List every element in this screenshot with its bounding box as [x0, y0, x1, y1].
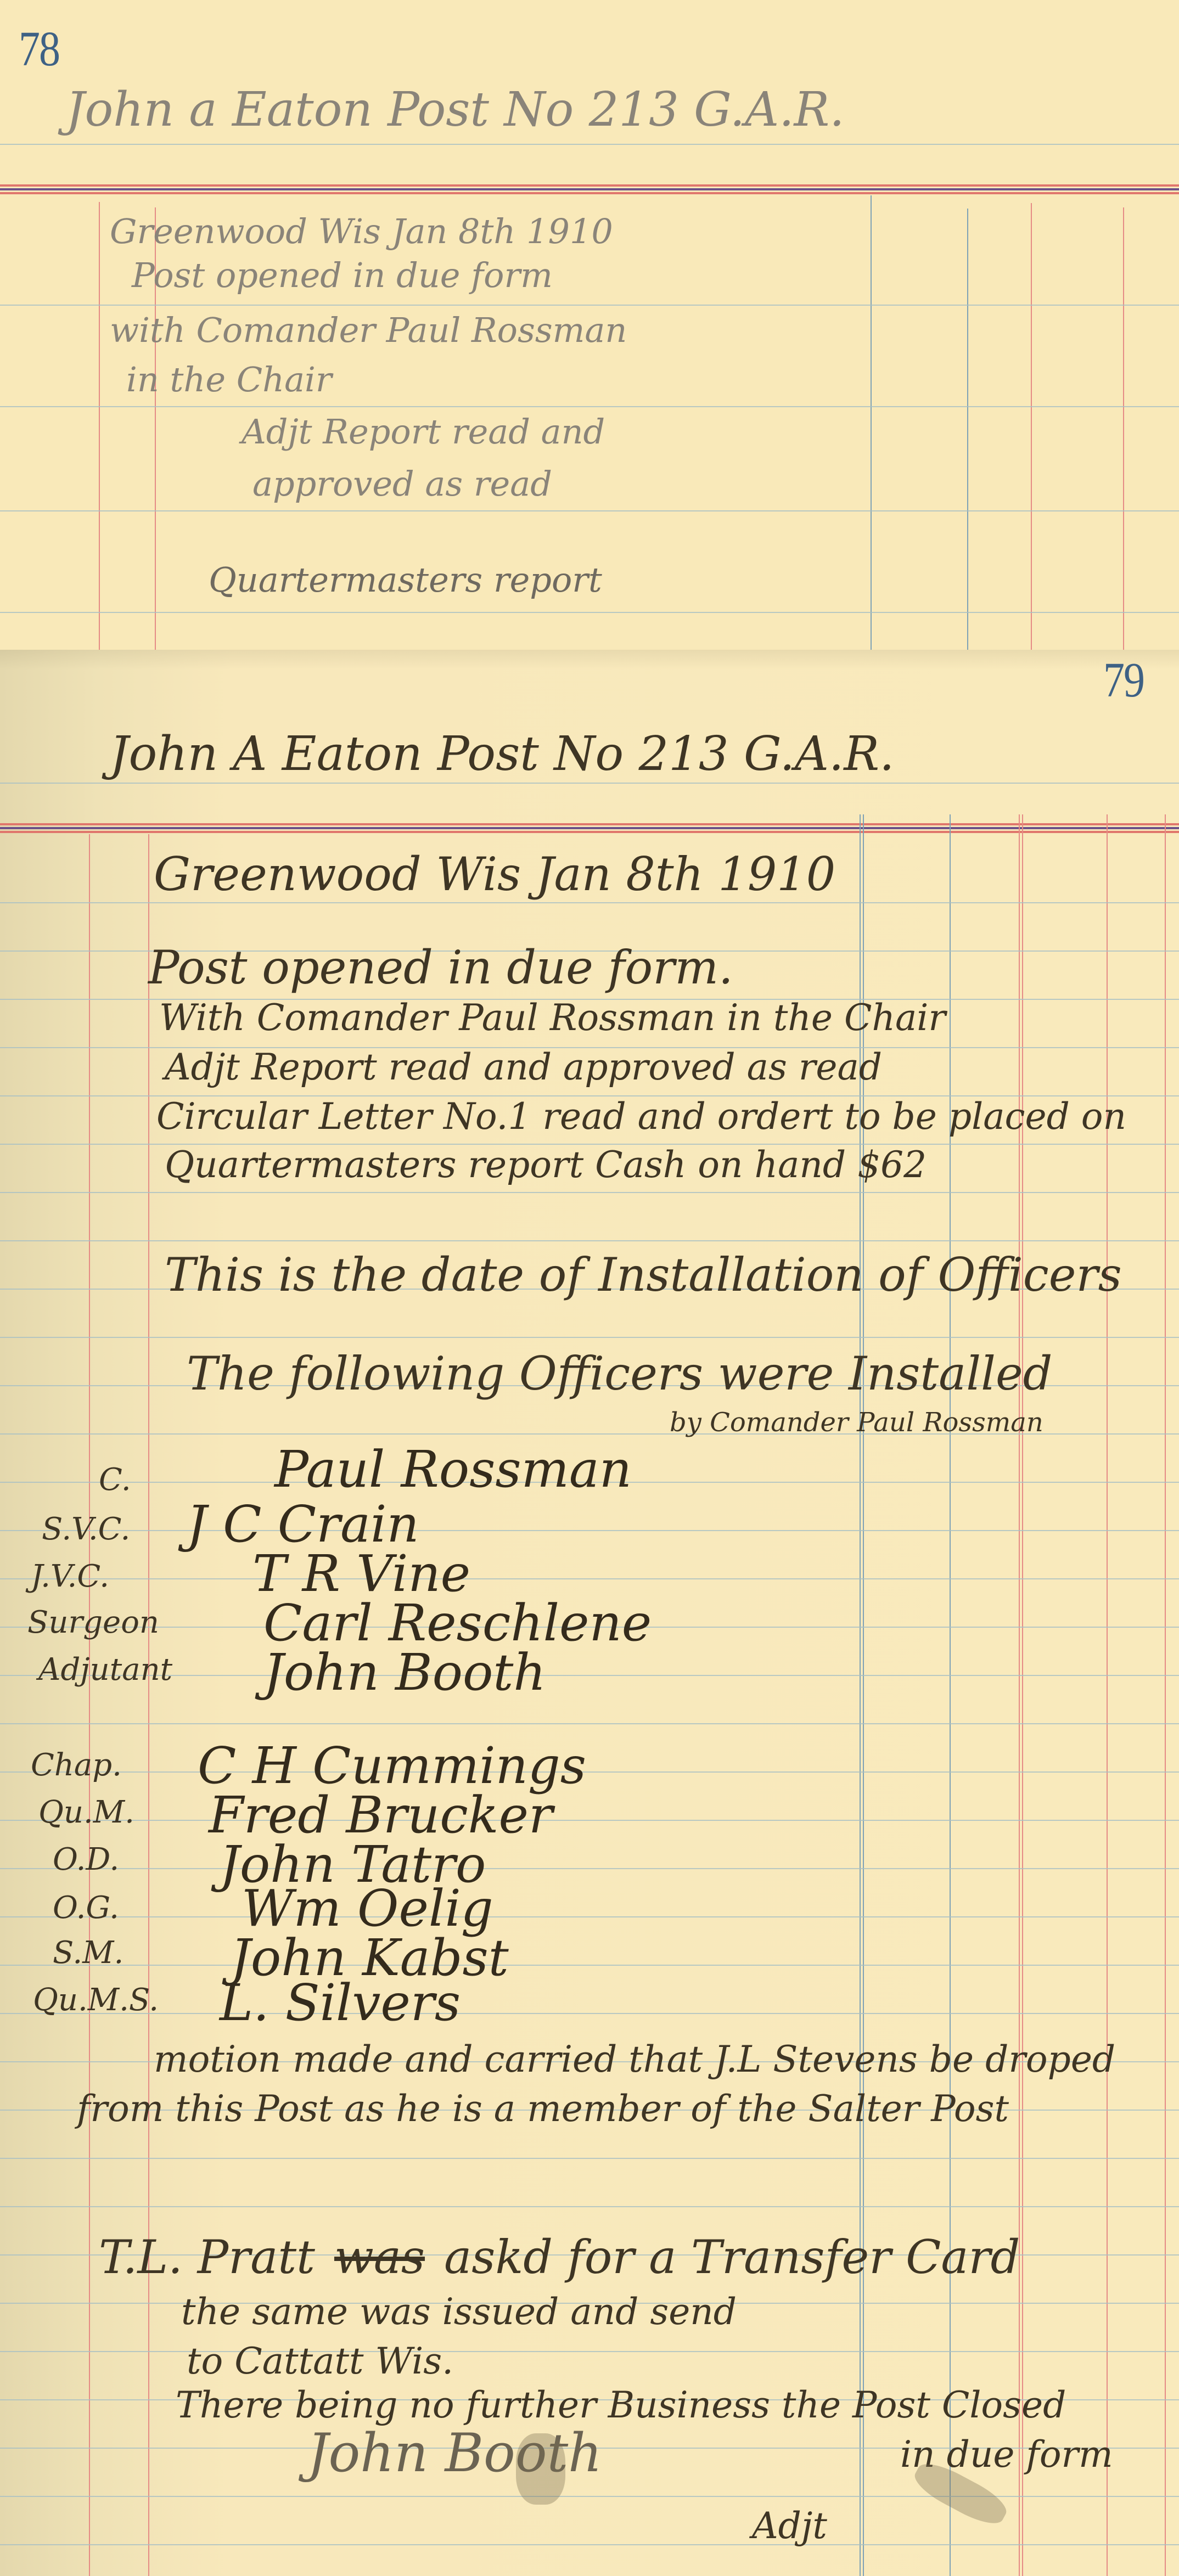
page-number: 79 — [1103, 651, 1144, 708]
ruled-line — [0, 144, 1179, 145]
office-title: S.V.C. — [42, 1511, 130, 1547]
office-title: Surgeon — [27, 1605, 159, 1640]
minutes-line: With Comander Paul Rossman in the Chair — [159, 997, 946, 1039]
installed-by: by Comander Paul Rossman — [670, 1407, 1043, 1438]
transfer-line: the same was issued and send — [181, 2291, 737, 2333]
ruled-line — [0, 1337, 1179, 1338]
entry-line: Quartermasters report — [209, 560, 602, 600]
ruled-line — [0, 612, 1179, 613]
ruled-line — [0, 1192, 1179, 1193]
ruled-line — [0, 1723, 1179, 1724]
ruled-line — [0, 1771, 1179, 1773]
ruled-line — [0, 1675, 1179, 1676]
ink-smudge — [516, 2433, 565, 2505]
officer-name: John Booth — [263, 1643, 546, 1702]
header-rule-band — [0, 823, 1179, 833]
column-rule — [871, 195, 872, 650]
ruled-line — [0, 783, 1179, 784]
ruled-line — [0, 2544, 1179, 2545]
minutes-line: Adjt Report read and approved as read — [165, 1046, 882, 1088]
ruled-line — [0, 1530, 1179, 1531]
ruled-line — [0, 1240, 1179, 1241]
margin-rule — [99, 202, 100, 650]
office-title: C. — [99, 1462, 131, 1498]
column-rule — [1107, 814, 1108, 2576]
transfer-entry: T.L. Pratt was askd for a Transfer Card — [99, 2230, 1020, 2284]
column-rule — [1022, 814, 1023, 2576]
transfer-line: to Cattatt Wis. — [187, 2340, 453, 2382]
ruled-line — [0, 406, 1179, 407]
ruled-line — [0, 2351, 1179, 2352]
minutes-line: Quartermasters report Cash on hand $62 — [165, 1144, 927, 1186]
office-title: Chap. — [31, 1747, 122, 1783]
entry-line: Adjt Report read and — [242, 412, 605, 452]
entry-line: Post opened in due form — [132, 255, 553, 295]
office-title: Adjutant — [38, 1652, 172, 1688]
ruled-line — [0, 2013, 1179, 2014]
ruled-line — [0, 2158, 1179, 2159]
page-heading: John a Eaton Post No 213 G.A.R. — [66, 82, 845, 137]
transfer-request: askd for a Transfer Card — [444, 2230, 1020, 2284]
installation-line: This is the date of Installation of Offi… — [165, 1248, 1122, 1302]
ruled-line — [0, 305, 1179, 306]
ruled-line — [0, 1965, 1179, 1966]
ruled-line — [0, 1916, 1179, 1917]
ruled-line — [0, 1578, 1179, 1579]
officer-name: Paul Rossman — [274, 1440, 632, 1499]
ruled-line — [0, 1868, 1179, 1869]
column-rule — [967, 209, 968, 650]
header-rule-band — [0, 184, 1179, 194]
office-title: Qu.M.S. — [33, 1982, 159, 2018]
column-rule — [1165, 814, 1166, 2576]
column-rule — [1031, 203, 1032, 650]
page-heading: John A Eaton Post No 213 G.A.R. — [110, 727, 894, 781]
office-title: J.V.C. — [31, 1559, 109, 1594]
motion-line: from this Post as he is a member of the … — [77, 2088, 1009, 2130]
minutes-line: Circular Letter No.1 read and ordert to … — [156, 1095, 1126, 1138]
struck-word: was — [334, 2230, 425, 2284]
page-number: 78 — [19, 20, 59, 77]
ledger-page-78: 78 John a Eaton Post No 213 G.A.R. Green… — [0, 0, 1179, 650]
ruled-line — [0, 2206, 1179, 2207]
ruled-line — [0, 1820, 1179, 1821]
office-title: S.M. — [53, 1935, 123, 1971]
motion-line: motion made and carried that J.L Stevens… — [154, 2038, 1115, 2080]
minutes-line: Post opened in due form. — [148, 941, 733, 994]
transfer-member: T.L. Pratt — [99, 2230, 315, 2284]
ruled-line — [0, 2496, 1179, 2497]
column-rule — [950, 814, 951, 2576]
entry-line: with Comander Paul Rossman — [110, 310, 627, 350]
ledger-page-79: 79 John A Eaton Post No 213 G.A.R. G — [0, 650, 1179, 2576]
date-line: Greenwood Wis Jan 8th 1910 — [154, 847, 835, 901]
office-title: Qu.M. — [38, 1795, 134, 1830]
closing-line: There being no further Business the Post… — [176, 2384, 1066, 2426]
office-title: O.G. — [53, 1890, 119, 1926]
ruled-line — [0, 902, 1179, 903]
officer-name: L. Silvers — [220, 1973, 461, 2032]
signature-title: Adjt — [752, 2505, 827, 2547]
entry-line: Greenwood Wis Jan 8th 1910 — [110, 211, 613, 251]
installed-line: The following Officers were Installed — [187, 1347, 1052, 1401]
entry-line: approved as read — [252, 464, 552, 504]
entry-line: in the Chair — [126, 359, 332, 400]
column-rule — [1019, 814, 1020, 2576]
office-title: O.D. — [53, 1842, 119, 1877]
ruled-line — [0, 510, 1179, 511]
column-rule — [1123, 207, 1124, 650]
